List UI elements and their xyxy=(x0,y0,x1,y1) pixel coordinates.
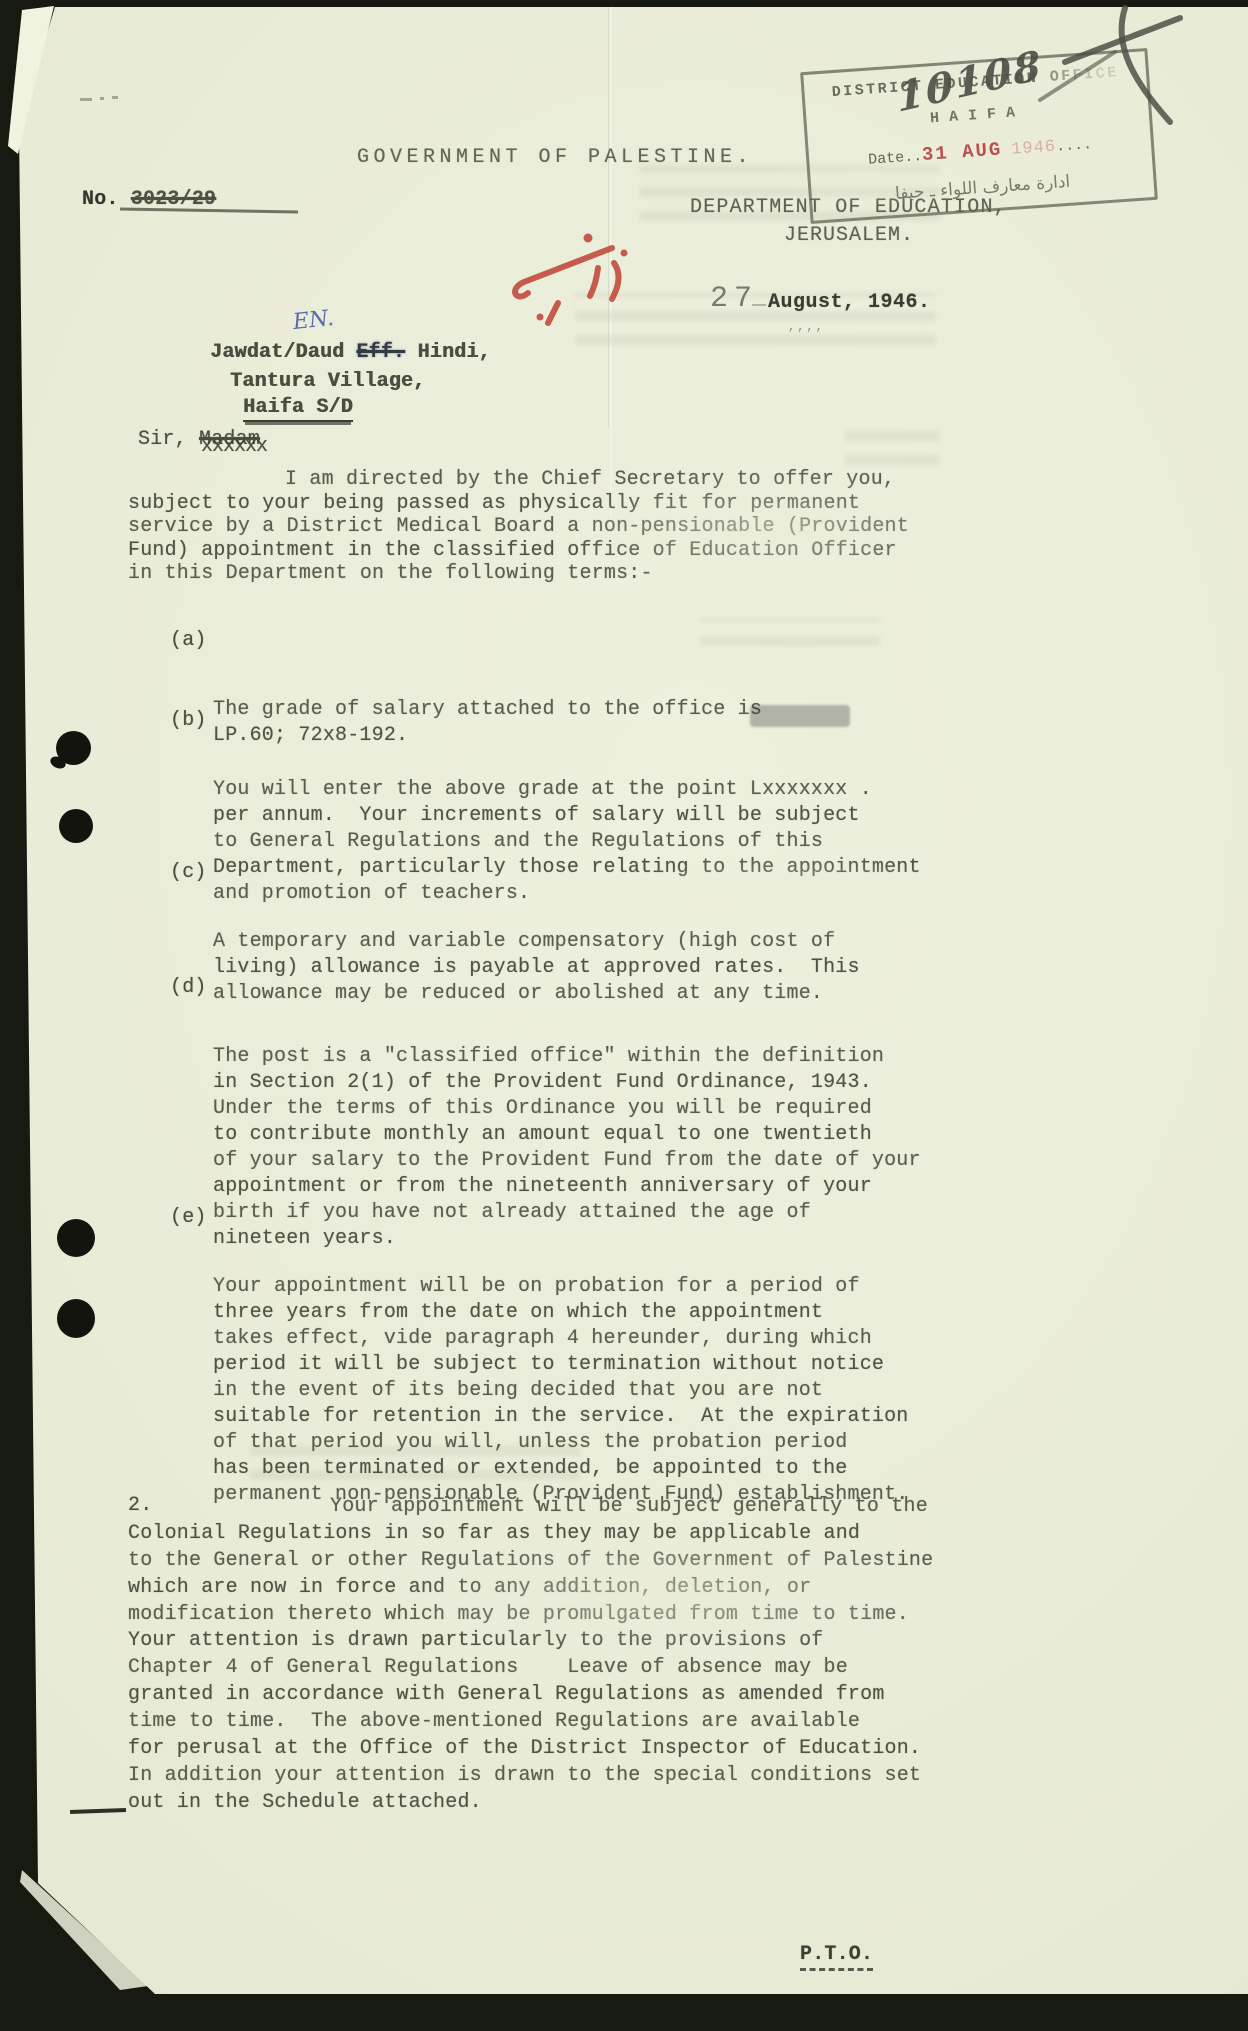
term-label: (e) xyxy=(170,1205,207,1231)
stamp-date-value: 31 AUG xyxy=(921,138,1003,166)
scanned-letter-page: No. 3023/29 GOVERNMENT OF PALESTINE. DEP… xyxy=(0,0,1248,2031)
text-line: In addition your attention is drawn to t… xyxy=(128,1763,933,1790)
addressee-surname: Hindi, xyxy=(405,341,490,364)
date-undermarks: ,,,, xyxy=(788,320,825,334)
paper-crease-shadow xyxy=(608,7,609,427)
salutation: Sir, Madamxxxxxx xyxy=(138,428,260,451)
text-line: suitable for retention in the service. A… xyxy=(213,1404,909,1430)
date-day-stamp: 27 xyxy=(710,282,758,316)
term-label: (a) xyxy=(170,628,207,654)
text-line: in Section 2(1) of the Provident Fund Or… xyxy=(213,1070,921,1096)
text-line: to contribute monthly an amount equal to… xyxy=(213,1122,921,1148)
term-label: (d) xyxy=(170,975,207,1001)
ink-bleed-through xyxy=(845,425,940,465)
overstrike-xs: xxxxxx xyxy=(201,435,267,458)
term-label: (b) xyxy=(170,708,207,734)
text-line: per annum. Your increments of salary wil… xyxy=(213,803,921,829)
punch-hole xyxy=(57,1299,95,1338)
addressee-name: Jawdat/Daud xyxy=(210,341,356,364)
text-line: granted in accordance with General Regul… xyxy=(128,1682,933,1709)
text-line: You will enter the above grade at the po… xyxy=(213,777,921,803)
term-label: (c) xyxy=(170,860,207,886)
stamp-date-year: 1946 xyxy=(1011,138,1057,160)
pto-footer: P.T.O. xyxy=(800,1943,873,1966)
text-line: in the event of its being decided that y… xyxy=(213,1378,909,1404)
text-line: three years from the date on which the a… xyxy=(213,1300,909,1326)
reference-label: No. xyxy=(82,188,119,211)
ink-fade xyxy=(600,855,980,940)
text-line: The post is a "classified office" within… xyxy=(213,1044,921,1070)
text-line: period it will be subject to termination… xyxy=(213,1352,909,1378)
pencil-x-mark xyxy=(1020,0,1248,135)
salutation-struck-word: Madamxxxxxx xyxy=(199,428,260,451)
blue-ink-initials: EN. xyxy=(292,306,335,335)
text-line: Under the terms of this Ordinance you wi… xyxy=(213,1096,921,1122)
ink-fade xyxy=(560,470,980,590)
stamp-date-row: Date..31 AUG 1946.... xyxy=(867,132,1092,170)
text-line: takes effect, vide paragraph 4 hereunder… xyxy=(213,1326,909,1352)
ink-blot-overstrike xyxy=(750,705,850,727)
text-line: Your appointment will be subject general… xyxy=(128,1494,933,1521)
stamp-arabic-line: ادارة معارف اللواء ـ حيفا xyxy=(894,172,1070,204)
text-line: of that period you will, unless the prob… xyxy=(213,1430,909,1456)
date-dash-mark xyxy=(752,304,766,306)
text-line: out in the Schedule attached. xyxy=(128,1790,933,1817)
text-line: appointment or from the nineteenth anniv… xyxy=(213,1174,921,1200)
date-text: August, 1946. xyxy=(768,291,931,314)
text-line: Your appointment will be on probation fo… xyxy=(213,1274,909,1300)
punch-hole xyxy=(57,1219,95,1257)
text-line: time to time. The above-mentioned Regula… xyxy=(128,1709,933,1736)
department-city: JERUSALEM. xyxy=(784,224,914,247)
text-line: has been terminated or extended, be appo… xyxy=(213,1456,909,1482)
addressee-village: Tantura Village, xyxy=(230,370,425,393)
text-line: for perusal at the Office of the Distric… xyxy=(128,1736,933,1763)
government-title: GOVERNMENT OF PALESTINE. xyxy=(357,146,753,169)
addressee-district: Haifa S/D xyxy=(243,396,353,419)
text-line: Chapter 4 of General Regulations Leave o… xyxy=(128,1655,933,1682)
text-line: of your salary to the Provident Fund fro… xyxy=(213,1148,921,1174)
punch-hole xyxy=(59,809,93,843)
ink-fade xyxy=(400,1535,960,1655)
addressee-struck-title: Eff. xyxy=(356,341,405,364)
text-line: to General Regulations and the Regulatio… xyxy=(213,829,921,855)
pencil-marks xyxy=(80,95,126,105)
addressee-name-line: Jawdat/Daud Eff. Hindi, xyxy=(210,341,491,364)
red-arabic-annotation xyxy=(500,225,650,335)
